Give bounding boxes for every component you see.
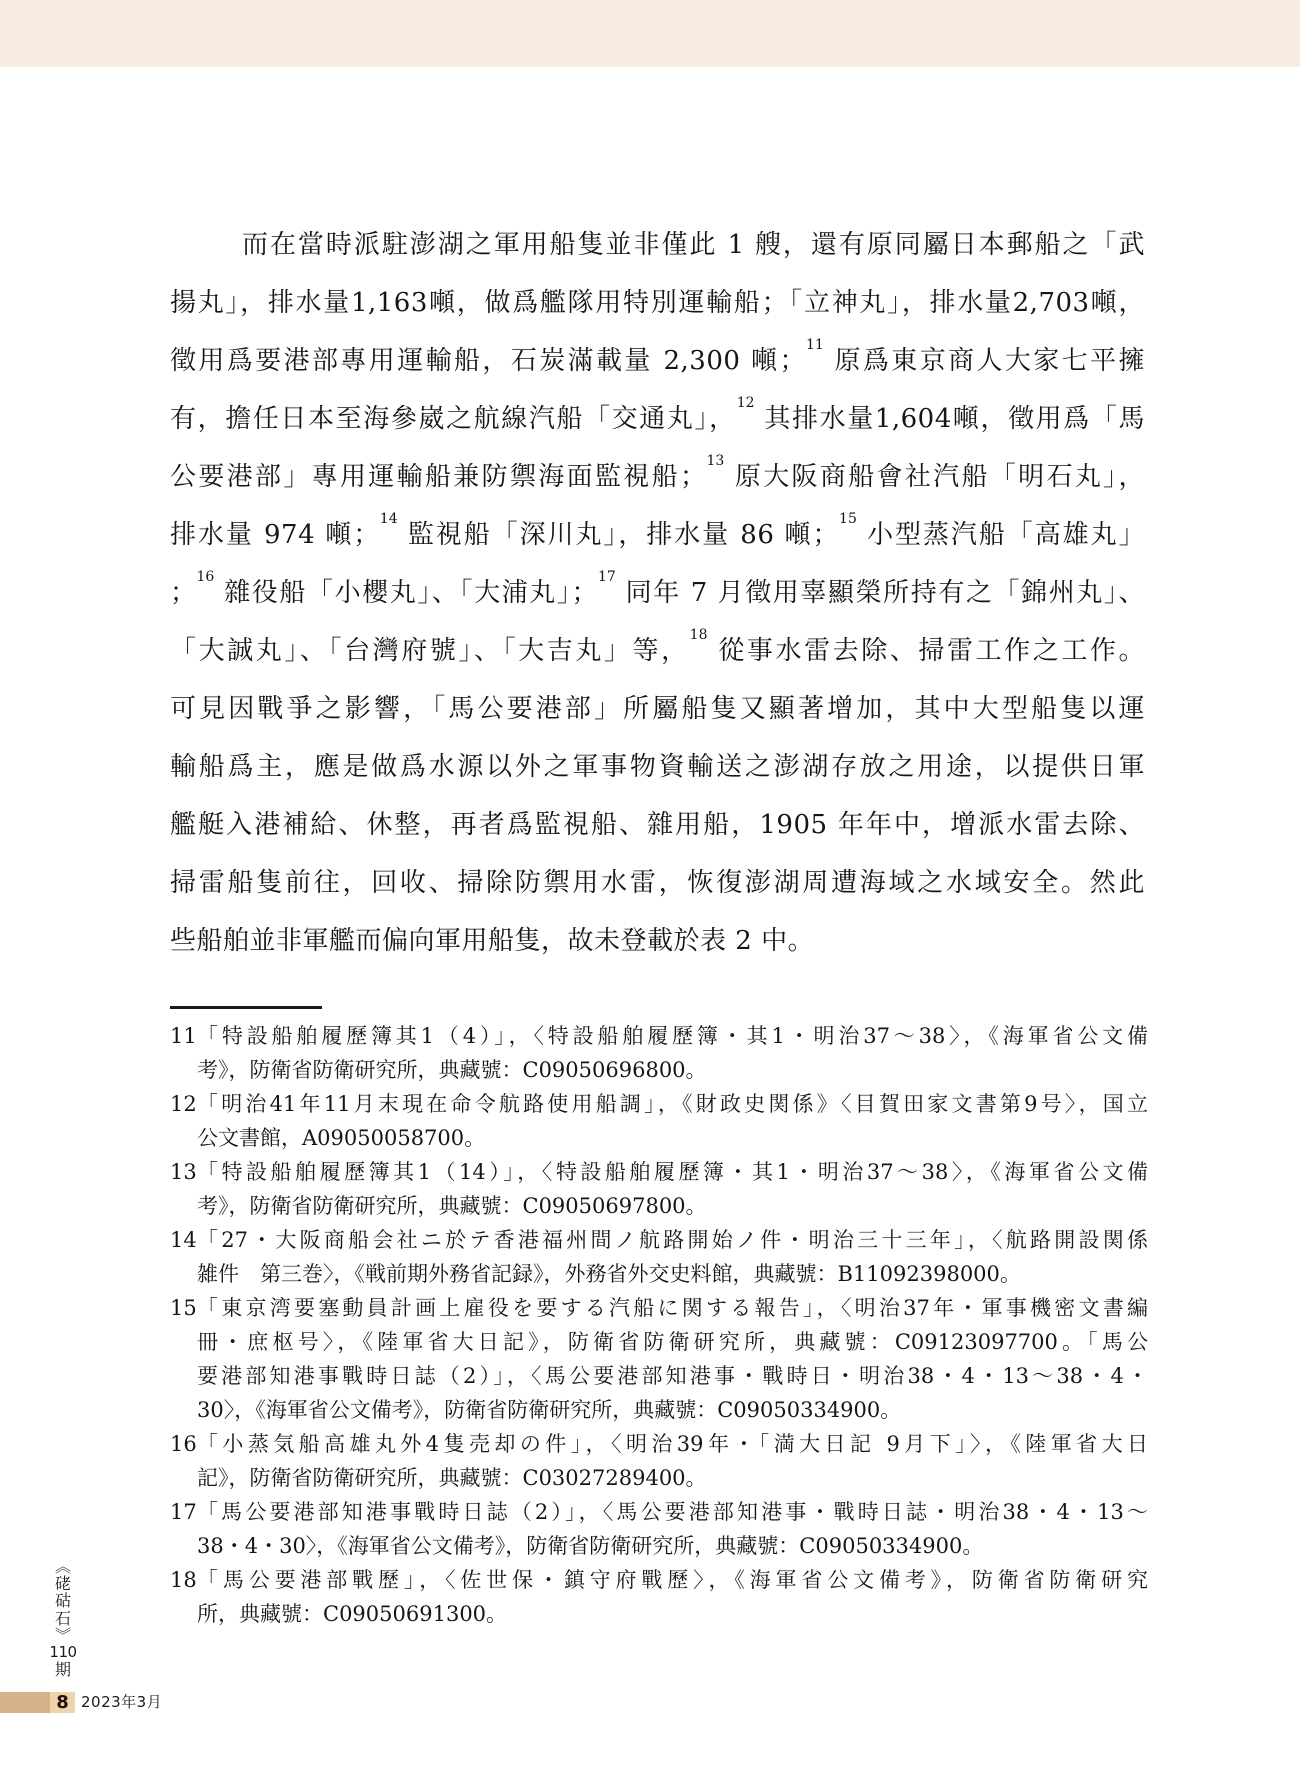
footnote-line: 38・4・30〉，《海軍省公文備考》，防衛省防衛研究所，典藏號：C0905033…: [197, 1529, 1148, 1563]
journal-title-char: ︾: [48, 1627, 78, 1644]
footnote-line: 冊・庶枢号〉，《陸軍省大日記》，防衛省防衛研究所，典藏號：C0912309770…: [197, 1325, 1148, 1359]
footnote-text: 「馬公要港部知港事戰時日誌（2）」，〈馬公要港部知港事・戰時日誌・明治38・4・…: [197, 1495, 1148, 1563]
paragraph-line: 徵用爲要港部專用運輸船，石炭滿載量 2,300 噸；11 原爲東京商人大家七平擁: [170, 332, 1145, 390]
footnote-ref: 15: [839, 511, 857, 527]
journal-title-char: 石: [48, 1610, 78, 1627]
paragraph-line: 公要港部」專用運輸船兼防禦海面監視船；13 原大阪商船會社汽船「明石丸」，: [170, 448, 1145, 506]
paragraph-line: 排水量 974 噸；14 監視船「深川丸」，排水量 86 噸；15 小型蒸汽船「…: [170, 506, 1145, 564]
footnote-number: 11: [170, 1019, 197, 1053]
footnote-line: 公文書館，A09050058700。: [197, 1121, 1148, 1155]
footnote-line: 考》，防衛省防衛研究所，典藏號：C09050697800。: [197, 1189, 1148, 1223]
footnote-line: 「小蒸気船高雄丸外4隻売却の件」，〈明治39年・「満大日記 9月下」〉，《陸軍省…: [197, 1427, 1148, 1461]
footnote-line: 所，典藏號：C09050691300。: [197, 1597, 1148, 1631]
footnote-text: 「東京湾要塞動員計画上雇役を要する汽船に関する報告」，〈明治37年・軍事機密文書…: [197, 1291, 1148, 1427]
footnote-text: 「特設船舶履歷簿其1（14）」，〈特設船舶履歷簿・其1・明治37～38〉，《海軍…: [197, 1155, 1148, 1223]
journal-title-char: ︽: [48, 1558, 78, 1575]
paragraph-line: 而在當時派駐澎湖之軍用船隻並非僅此 1 艘，還有原同屬日本郵船之「武: [170, 216, 1145, 274]
page-number-band: 8: [0, 1692, 75, 1713]
paragraph-line: 「大誠丸」、「台灣府號」、「大吉丸」等，18 從事水雷去除、掃雷工作之工作。: [170, 622, 1145, 680]
footnote-number: 15: [170, 1291, 197, 1325]
footnote-text: 「明治41年11月末現在命令航路使用船調」，《財政史関係》〈目賀田家文書第9号〉…: [197, 1087, 1148, 1155]
footnote-line: 「特設船舶履歷簿其1（14）」，〈特設船舶履歷簿・其1・明治37～38〉，《海軍…: [197, 1155, 1148, 1189]
footnote-text: 「特設船舶履歷簿其1（4）」，〈特設船舶履歷簿・其1・明治37～38〉，《海軍省…: [197, 1019, 1148, 1087]
footnote-item: 16「小蒸気船高雄丸外4隻売却の件」，〈明治39年・「満大日記 9月下」〉，《陸…: [170, 1427, 1148, 1495]
journal-title-vertical: ︽硓𥑮石︾110期: [48, 1558, 78, 1678]
page-number-cell: 8: [50, 1692, 75, 1713]
footnote-text: 「27・大阪商船会社ニ於テ香港福州間ノ航路開始ノ件・明治三十三年」，〈航路開設関…: [197, 1223, 1148, 1291]
footnote-line: 「明治41年11月末現在命令航路使用船調」，《財政史関係》〈目賀田家文書第9号〉…: [197, 1087, 1148, 1121]
footnote-text: 「馬公要港部戰歷」，〈佐世保・鎮守府戰歷〉，《海軍省公文備考》，防衛省防衛研究所…: [197, 1563, 1148, 1631]
footnote-ref: 17: [598, 569, 616, 585]
footnote-line: 30〉，《海軍省公文備考》，防衛省防衛研究所，典藏號：C09050334900。: [197, 1393, 1148, 1427]
footnote-separator-rule: [170, 1006, 322, 1009]
footnote-line: 「特設船舶履歷簿其1（4）」，〈特設船舶履歷簿・其1・明治37～38〉，《海軍省…: [197, 1019, 1148, 1053]
paragraph-line: 揚丸」，排水量1,163噸，做爲艦隊用特別運輸船；「立神丸」，排水量2,703噸…: [170, 274, 1145, 332]
footnote-line: 「27・大阪商船会社ニ於テ香港福州間ノ航路開始ノ件・明治三十三年」，〈航路開設関…: [197, 1223, 1148, 1257]
top-decor-band: [0, 0, 1300, 67]
journal-title-char: 硓: [48, 1575, 78, 1592]
footnote-ref: 14: [380, 511, 398, 527]
footnote-line: 雑件 第三巻〉，《戦前期外務省記録》，外務省外交史料館，典藏號：B1109239…: [197, 1257, 1148, 1291]
issue-date: 2023年3月: [81, 1692, 162, 1713]
footnote-list: 11「特設船舶履歷簿其1（4）」，〈特設船舶履歷簿・其1・明治37～38〉，《海…: [170, 1019, 1148, 1631]
paragraph-line: 有，擔任日本至海參崴之航線汽船「交通丸」，12 其排水量1,604噸，徵用爲「馬: [170, 390, 1145, 448]
journal-title-char: 110: [48, 1644, 78, 1661]
footnote-line: 「馬公要港部戰歷」，〈佐世保・鎮守府戰歷〉，《海軍省公文備考》，防衛省防衛研究: [197, 1563, 1148, 1597]
footnote-item: 17「馬公要港部知港事戰時日誌（2）」，〈馬公要港部知港事・戰時日誌・明治38・…: [170, 1495, 1148, 1563]
footnote-number: 14: [170, 1223, 197, 1257]
paragraph-line: 艦艇入港補給、休整，再者爲監視船、雜用船，1905 年年中，增派水雷去除、: [170, 796, 1145, 854]
footnote-number: 17: [170, 1495, 197, 1529]
footnote-line: 「馬公要港部知港事戰時日誌（2）」，〈馬公要港部知港事・戰時日誌・明治38・4・…: [197, 1495, 1148, 1529]
footnote-line: 要港部知港事戰時日誌（2）」，〈馬公要港部知港事・戰時日・明治38・4・13～3…: [197, 1359, 1148, 1393]
footnote-item: 15「東京湾要塞動員計画上雇役を要する汽船に関する報告」，〈明治37年・軍事機密…: [170, 1291, 1148, 1427]
footnote-line: 考》，防衛省防衛研究所，典藏號：C09050696800。: [197, 1053, 1148, 1087]
footnote-item: 11「特設船舶履歷簿其1（4）」，〈特設船舶履歷簿・其1・明治37～38〉，《海…: [170, 1019, 1148, 1087]
footnote-text: 「小蒸気船高雄丸外4隻売却の件」，〈明治39年・「満大日記 9月下」〉，《陸軍省…: [197, 1427, 1148, 1495]
footnote-item: 18「馬公要港部戰歷」，〈佐世保・鎮守府戰歷〉，《海軍省公文備考》，防衛省防衛研…: [170, 1563, 1148, 1631]
article-paragraph: 而在當時派駐澎湖之軍用船隻並非僅此 1 艘，還有原同屬日本郵船之「武揚丸」，排水…: [170, 216, 1145, 970]
paragraph-line: 些船舶並非軍艦而偏向軍用船隻，故未登載於表 2 中。: [170, 912, 1145, 970]
paragraph-line: ；16 雜役船「小櫻丸」、「大浦丸」；17 同年 7 月徵用辜顯榮所持有之「錦州…: [170, 564, 1145, 622]
footnote-line: 「東京湾要塞動員計画上雇役を要する汽船に関する報告」，〈明治37年・軍事機密文書…: [197, 1291, 1148, 1325]
footnote-number: 16: [170, 1427, 197, 1461]
footnote-ref: 12: [737, 395, 755, 411]
paragraph-line: 掃雷船隻前往，回收、掃除防禦用水雷，恢復澎湖周遭海域之水域安全。然此: [170, 854, 1145, 912]
paragraph-line: 可見因戰爭之影響，「馬公要港部」所屬船隻又顯著增加，其中大型船隻以運: [170, 680, 1145, 738]
footnote-ref: 11: [806, 337, 824, 353]
paragraph-line: 輸船爲主，應是做爲水源以外之軍事物資輸送之澎湖存放之用途，以提供日軍: [170, 738, 1145, 796]
footnote-line: 記》，防衛省防衛研究所，典藏號：C03027289400。: [197, 1461, 1148, 1495]
journal-title-char: 期: [48, 1661, 78, 1678]
journal-page: 而在當時派駐澎湖之軍用船隻並非僅此 1 艘，還有原同屬日本郵船之「武揚丸」，排水…: [0, 0, 1300, 1778]
footnote-ref: 18: [690, 627, 708, 643]
footnote-item: 13「特設船舶履歷簿其1（14）」，〈特設船舶履歷簿・其1・明治37～38〉，《…: [170, 1155, 1148, 1223]
journal-title-char: 𥑮: [48, 1592, 78, 1609]
footnote-number: 12: [170, 1087, 197, 1121]
footnote-item: 12「明治41年11月末現在命令航路使用船調」，《財政史関係》〈目賀田家文書第9…: [170, 1087, 1148, 1155]
footnote-ref: 16: [197, 569, 215, 585]
footnote-number: 18: [170, 1563, 197, 1597]
footnote-item: 14「27・大阪商船会社ニ於テ香港福州間ノ航路開始ノ件・明治三十三年」，〈航路開…: [170, 1223, 1148, 1291]
page-number: 8: [56, 1692, 69, 1713]
footnote-ref: 13: [706, 453, 724, 469]
footnote-number: 13: [170, 1155, 197, 1189]
